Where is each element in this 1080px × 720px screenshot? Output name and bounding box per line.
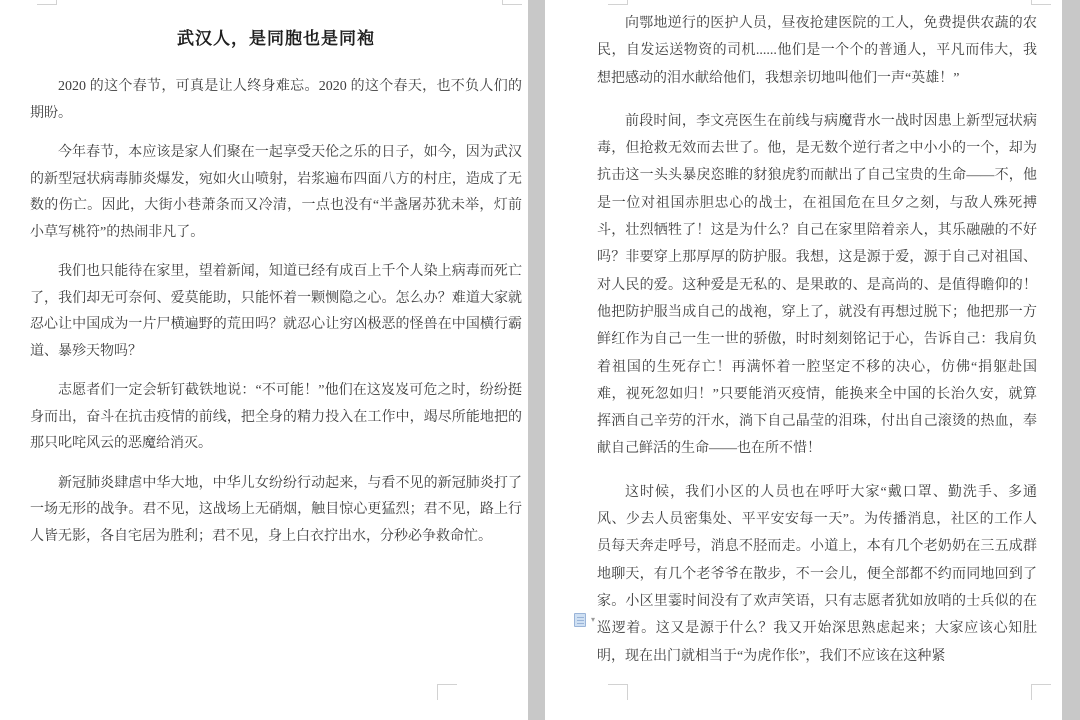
paragraph: 这时候，我们小区的人员也在呼吁大家“戴口罩、勤洗手、多通风、少去人员密集处、平平… [597, 479, 1037, 670]
right-page-paragraphs: 向鄂地逆行的医护人员，昼夜抢建医院的工人，免费提供农蔬的农民，自发运送物资的司机… [597, 10, 1037, 670]
paragraph: 志愿者们一定会斩钉截铁地说：“不可能！”他们在这岌岌可危之时，纷纷挺身而出，奋斗… [30, 378, 522, 458]
paste-options-button[interactable]: ▾ [574, 610, 608, 630]
paragraph: 前段时间，李文亮医生在前线与病魔背水一战时因患上新型冠状病毒，但抢救无效而去世了… [597, 108, 1037, 463]
chevron-down-icon[interactable]: ▾ [591, 616, 595, 624]
paragraph: 向鄂地逆行的医护人员，昼夜抢建医院的工人，免费提供农蔬的农民，自发运送物资的司机… [597, 10, 1037, 92]
paragraph: 我们也只能待在家里，望着新闻，知道已经有成百上千个人染上病毒而死亡了，我们却无可… [30, 259, 522, 365]
canvas-gutter [1062, 0, 1080, 720]
left-page-paragraphs: 2020 的这个春节，可真是让人终身难忘。2020 的这个春天，也不负人们的期盼… [30, 74, 522, 550]
page-right: 向鄂地逆行的医护人员，昼夜抢建医院的工人，免费提供农蔬的农民，自发运送物资的司机… [545, 0, 1062, 720]
page-right-text: 向鄂地逆行的医护人员，昼夜抢建医院的工人，免费提供农蔬的农民，自发运送物资的司机… [597, 0, 1037, 676]
page-left-text: 武汉人，是同胞也是同袍 2020 的这个春节，可真是让人终身难忘。2020 的这… [30, 0, 522, 690]
paragraph: 今年春节，本应该是家人们聚在一起享受天伦之乐的日子，如今，因为武汉的新型冠状病毒… [30, 140, 522, 246]
paragraph: 2020 的这个春节，可真是让人终身难忘。2020 的这个春天，也不负人们的期盼… [30, 74, 522, 127]
document-title: 武汉人，是同胞也是同袍 [30, 26, 522, 52]
page-left: 武汉人，是同胞也是同袍 2020 的这个春节，可真是让人终身难忘。2020 的这… [0, 0, 528, 720]
paragraph: 新冠肺炎肆虐中华大地，中华儿女纷纷行动起来，与看不见的新冠肺炎打了一场无形的战争… [30, 471, 522, 551]
paste-options-icon [574, 613, 586, 627]
